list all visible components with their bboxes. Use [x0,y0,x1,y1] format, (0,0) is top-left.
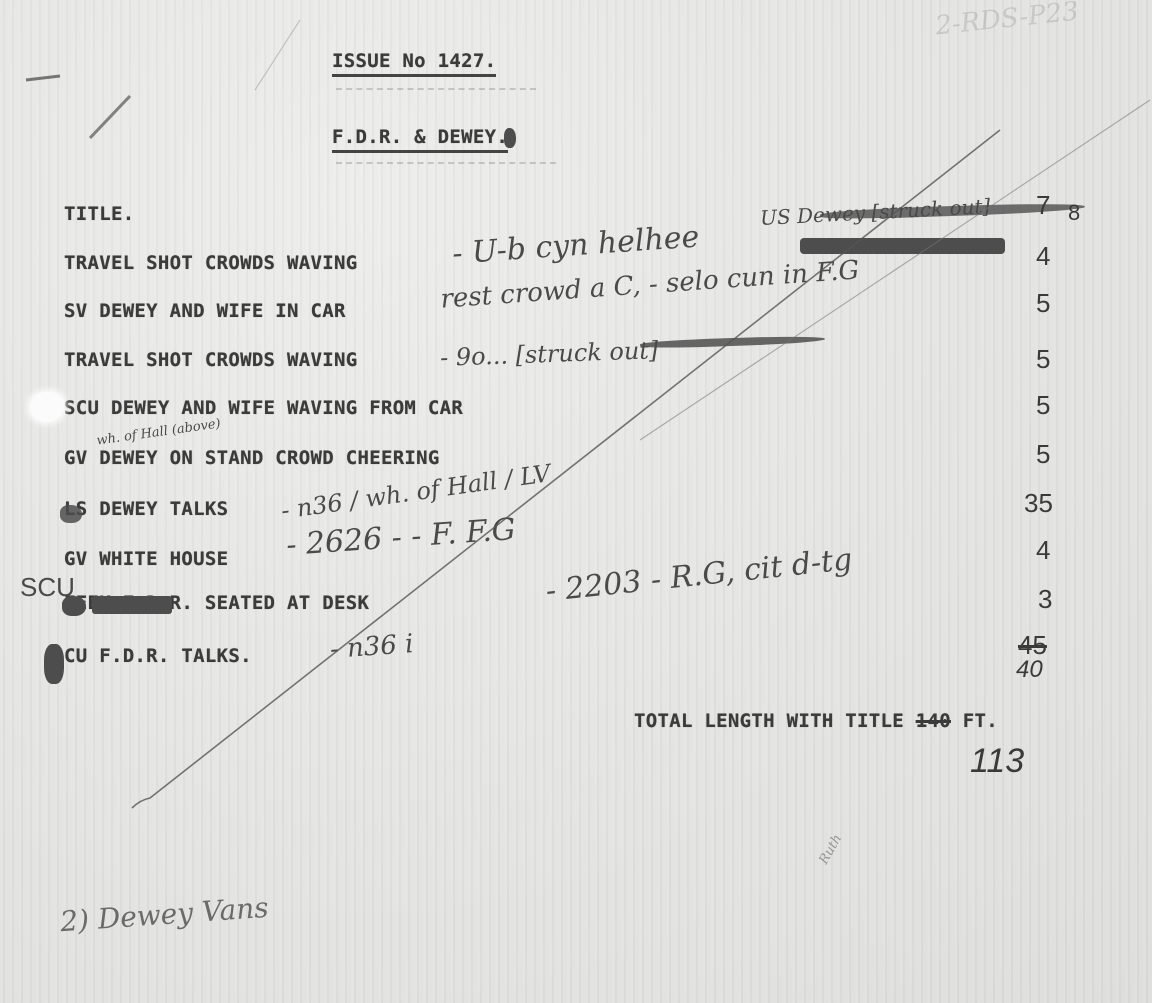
shot-line-title: TITLE. [64,203,134,225]
total-label: TOTAL LENGTH WITH TITLE [634,710,904,732]
shot-line: GV WHITE HOUSE [64,548,228,570]
annotation: - U-b cyn helhee [451,219,700,271]
total-corrected: 113 [970,744,1024,778]
shot-line: SV DEWEY AND WIFE IN CAR [64,300,346,322]
shot-line: GV DEWEY ON STAND CROWD CHEERING [64,447,440,469]
total-unit: FT. [963,710,998,732]
margin-note: 2) Dewey Vans [59,891,269,938]
ink-strike [800,238,1005,254]
length-correction: 8 [1068,202,1080,224]
archive-stamp: 2-RDS-P23 [934,0,1080,41]
annotation: - 9o... [struck out] [440,336,659,372]
margin-note: Ruth [816,832,845,867]
heading-ink-blot [504,128,516,148]
subject-rule [336,162,556,164]
annotation: - 2626 - - F. F.G [285,512,517,563]
paper-blemish [30,392,64,422]
length-correction: 40 [1016,658,1043,682]
length-value: 35 [1024,490,1053,516]
shot-line: CU F.D.R. TALKS. [64,645,252,667]
issue-heading: ISSUE No 1427. [332,50,496,77]
annotation: - n36 i [329,629,414,665]
ink-scribble [60,505,82,523]
subject-heading: F.D.R. & DEWEY. [332,126,508,153]
shot-line: SCU DEWEY AND WIFE WAVING FROM CAR [64,397,463,419]
ink-scribble [92,596,172,614]
length-value: 7 [1036,192,1050,218]
annotation: US Dewey [struck out] [760,194,991,230]
length-value: 5 [1036,441,1050,467]
length-value: 5 [1036,346,1050,372]
total-length-line: TOTAL LENGTH WITH TITLE 140 FT. [634,710,998,732]
total-original: 140 [916,710,951,732]
shot-line: TRAVEL SHOT CROWDS WAVING [64,252,357,274]
length-value: 4 [1036,243,1050,269]
prefix-correction: SCU [20,572,75,603]
length-value: 5 [1036,392,1050,418]
shot-line: TRAVEL SHOT CROWDS WAVING [64,349,357,371]
ink-scribble [44,644,64,684]
length-value-struck: 45 [1018,632,1047,658]
ink-strike [640,335,825,349]
length-value: 3 [1038,586,1052,612]
heading-rule [336,88,536,90]
annotation: - 2203 - R.G, cit d-tg [544,542,854,609]
annotation: wh. of Hall (above) [96,416,222,448]
length-value: 4 [1036,537,1050,563]
length-value: 5 [1036,290,1050,316]
shot-line: LS DEWEY TALKS [64,498,228,520]
